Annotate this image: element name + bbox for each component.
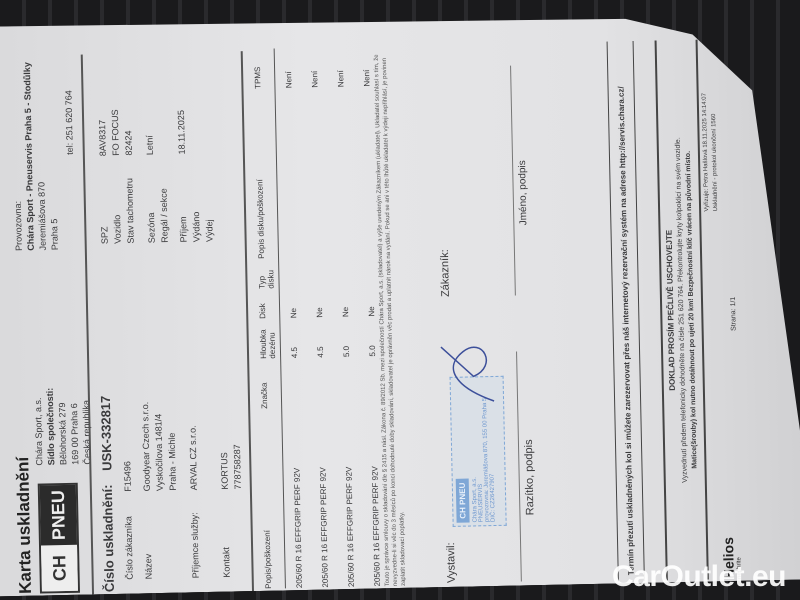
table-cell	[346, 357, 347, 407]
table-cell: 205/60 R 16 EFFGRIP PERF 92V	[369, 406, 382, 586]
table-cell	[318, 258, 319, 288]
customer-street: Vyskočilova 1481/4	[153, 414, 165, 491]
stamp-signature-line	[516, 352, 522, 582]
customer-signature-label: Jméno, podpis	[517, 160, 529, 225]
handwritten-signature	[433, 336, 504, 407]
stamp-logo: CH PNEU	[456, 479, 470, 523]
license-plate: 8AV8317	[97, 120, 108, 157]
table-cell: 205/60 R 16 EFFGRIP PERF 92V	[317, 408, 330, 588]
field-label: Regál / sekce	[157, 155, 172, 243]
table-cell	[372, 357, 373, 407]
storage-card-document: Karta uskladnění CH PNEU Chára Sport, a.…	[0, 30, 766, 600]
handled-by: Vyřizuje: Petra Hašlová 18.11.2025 14:14…	[701, 93, 721, 212]
table-cell: Není	[361, 47, 371, 87]
table-cell	[340, 87, 344, 257]
table-cell: Ne	[366, 286, 376, 316]
logo-brand: PNEU	[40, 485, 77, 546]
customer-label: Zákazník:	[439, 249, 452, 297]
company-address-line: Česká republika	[80, 387, 94, 465]
customer-name: Goodyear Czech s.r.o.	[140, 402, 152, 492]
table-cell	[292, 258, 293, 288]
table-cell: Ne	[288, 288, 298, 318]
storage-card-paper: Karta uskladnění CH PNEU Chára Sport, a.…	[0, 9, 800, 596]
customer-number: F15496	[122, 461, 133, 492]
contact-name: KORTUS	[219, 452, 230, 490]
table-cell: Není	[283, 48, 293, 88]
branch-info: Provozovna: Chára Sport - Pneuservis Pra…	[9, 62, 61, 252]
issued-by-label: Vystavil:	[445, 542, 458, 583]
table-cell	[314, 88, 318, 258]
field-label: Příjemce služby:	[188, 490, 203, 578]
season: Letní	[144, 135, 154, 155]
table-cell	[294, 358, 295, 408]
page-number: Strana: 1/1	[730, 297, 738, 331]
logo-mark: CH	[41, 545, 78, 592]
column-header: Typ disku	[257, 259, 276, 289]
column-header: Popis disku/poškození	[253, 89, 275, 259]
caroutlet-watermark: CarOutlet.eu	[612, 560, 786, 594]
column-header: Popis/poškození	[260, 409, 282, 589]
field-label: Číslo zákazníka	[122, 492, 137, 580]
stamp-signature-label: Razítko, podpis	[523, 439, 537, 515]
vehicle-fields: SPZ8AV8317 VozidloFO FOCUS Stav tachomet…	[96, 107, 217, 244]
table-cell: Není	[309, 48, 319, 88]
received-date: 18.11.2025	[176, 110, 187, 155]
branch-phone: tel: 251 620 764	[63, 90, 74, 155]
column-header: TPMS	[253, 49, 272, 89]
customer-city: Praha - Michle	[167, 433, 178, 491]
doc-type-text: Uskladnění - protokol ukončení 1560	[710, 93, 721, 212]
table-cell	[344, 257, 345, 287]
table-cell: 205/60 R 16 EFFGRIP PERF 92V	[343, 407, 356, 587]
table-cell	[366, 87, 370, 257]
table-cell: 4.5	[315, 318, 325, 358]
table-cell: Není	[335, 47, 345, 87]
field-label: Výdej	[202, 154, 217, 242]
table-cell: Ne	[314, 288, 324, 318]
company-name: Chára Sport, a.s.	[32, 388, 46, 466]
vehicle-model: FO FOCUS	[110, 109, 121, 156]
storage-number-label: Číslo uskladnění:	[100, 484, 117, 592]
customer-fields: Číslo zákazníkaF15496 NázevGoodyear Czec…	[120, 400, 247, 580]
document-title: Karta uskladnění	[13, 457, 36, 594]
company-info: Chára Sport, a.s. Sídlo společnosti: Běl…	[32, 387, 94, 466]
storage-number-row: Číslo uskladnění: USK-332817	[98, 396, 117, 593]
customer-signature-line	[510, 66, 516, 296]
table-cell: 4.5	[289, 318, 299, 358]
tire-table-body: 205/60 R 16 EFFGRIP PERF 92V4.5NeNení205…	[275, 46, 390, 588]
table-cell: 5.0	[367, 316, 377, 356]
service-recipient: ARVAL CZ s.r.o.	[188, 425, 199, 490]
branch-address-line: Praha 5	[45, 62, 61, 251]
chara-pneu-logo: CH PNEU	[38, 483, 80, 594]
column-header: Značka	[259, 359, 278, 409]
storage-number: USK-332817	[98, 396, 115, 471]
column-header: Disk	[258, 289, 277, 319]
table-cell	[370, 257, 371, 287]
tire-table: Popis/poškození Značka Hloubka dezénu Di…	[253, 46, 390, 589]
reservation-note: Termín přezutí uskladněných kol si můžet…	[607, 41, 645, 581]
contact-phone: 778758287	[232, 444, 243, 489]
table-cell	[288, 88, 292, 258]
header-divider	[81, 55, 94, 595]
field-label: Stav tachometru	[123, 155, 138, 243]
table-cell: Ne	[340, 287, 350, 317]
table-cell: 5.0	[341, 317, 351, 357]
odometer: 82424	[123, 130, 134, 155]
column-header: Hloubka dezénu	[258, 319, 277, 359]
table-cell	[320, 358, 321, 408]
table-cell: 205/60 R 16 EFFGRIP PERF 92V	[291, 408, 304, 588]
notice-heading: DOKLAD PROSÍM PEČLIVĚ USCHOVEJTE	[665, 230, 677, 391]
seat-label: Sídlo společnosti:	[45, 388, 57, 466]
